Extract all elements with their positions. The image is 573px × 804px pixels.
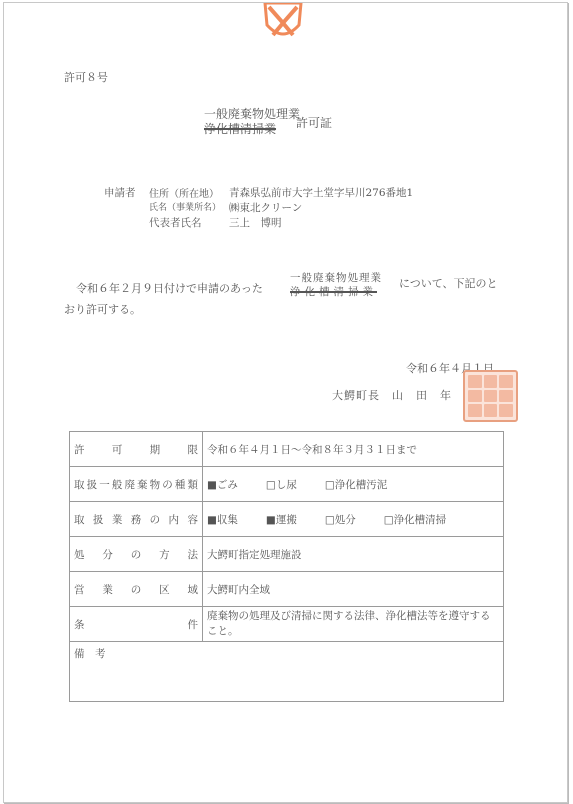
body-line-general-waste: 一般廃棄物処理業 [290, 271, 382, 285]
business-area-label: 営業の区域 [70, 572, 203, 607]
address-value: 青森県弘前市大字土堂字早川276番地1 [229, 185, 413, 200]
table-row-business-content: 取扱業務の内容 ■収集■運搬□処分□浄化槽清掃 [70, 502, 504, 537]
conditions-value: 廃棄物の処理及び清掃に関する法律、浄化槽法等を遵守すること。 [203, 607, 504, 642]
checkbox-septic-sludge: □浄化槽汚泥 [325, 479, 387, 491]
permit-period-value: 令和６年４月１日～令和８年３月３１日まで [203, 432, 504, 467]
representative-label: 代表者氏名 [149, 215, 202, 230]
waste-types-label: 取扱一般廃棄物の種類 [70, 467, 203, 502]
issuer-name: 大鰐町長 山 田 年 伸 [332, 387, 476, 403]
table-row-conditions: 条件 廃棄物の処理及び清掃に関する法律、浄化槽法等を遵守すること。 [70, 607, 504, 642]
business-content-value: ■収集■運搬□処分□浄化槽清掃 [203, 502, 504, 537]
table-row-permit-period: 許可期限 令和６年４月１日～令和８年３月３１日まで [70, 432, 504, 467]
disposal-method-label: 処分の方法 [70, 537, 203, 572]
body-line-septic-struck: 浄化槽清掃業 [290, 285, 382, 299]
company-name-value: ㈱東北クリーン [229, 200, 302, 215]
title-suffix: 許可証 [296, 114, 332, 131]
checkbox-collection: ■収集 [207, 514, 238, 526]
title-line-septic-struck: 浄化槽清掃業 [204, 122, 300, 137]
permit-number: 許可８号 [64, 69, 108, 85]
checkbox-disposal: □処分 [325, 514, 356, 526]
town-emblem-icon [259, 3, 307, 41]
body-lead-text: 令和６年２月９日付けで申請のあった [76, 280, 263, 296]
disposal-method-value: 大鰐町指定処理施設 [203, 537, 504, 572]
remarks-label: 備 考 [74, 648, 106, 660]
address-label: 住所（所在地） [149, 185, 219, 200]
permit-period-label: 許可期限 [70, 432, 203, 467]
title-business-types: 一般廃棄物処理業 浄化槽清掃業 [204, 107, 300, 137]
waste-types-value: ■ごみ□し尿□浄化槽汚泥 [203, 467, 504, 502]
table-row-business-area: 営業の区域 大鰐町内全域 [70, 572, 504, 607]
checkbox-garbage: ■ごみ [207, 479, 238, 491]
official-seal-icon [463, 370, 518, 422]
permit-details-table: 許可期限 令和６年４月１日～令和８年３月３１日まで 取扱一般廃棄物の種類 ■ごみ… [69, 431, 504, 702]
checkbox-transport: ■運搬 [266, 514, 297, 526]
body-line-2: おり許可する。 [64, 301, 141, 317]
body-trail-text: について、下記のと [399, 275, 498, 291]
title-line-general-waste: 一般廃棄物処理業 [204, 107, 300, 122]
representative-value: 三上 博明 [229, 215, 282, 230]
permit-document-page: 許可８号 一般廃棄物処理業 浄化槽清掃業 許可証 申請者 住所（所在地） 青森県… [3, 2, 568, 803]
table-row-disposal-method: 処分の方法 大鰐町指定処理施設 [70, 537, 504, 572]
business-area-value: 大鰐町内全域 [203, 572, 504, 607]
body-business-types: 一般廃棄物処理業 浄化槽清掃業 [290, 271, 382, 299]
remarks-cell: 備 考 [70, 642, 504, 702]
conditions-label: 条件 [70, 607, 203, 642]
business-content-label: 取扱業務の内容 [70, 502, 203, 537]
company-name-label: 氏名（事業所名） [149, 200, 221, 213]
table-row-remarks: 備 考 [70, 642, 504, 702]
checkbox-night-soil: □し尿 [266, 479, 297, 491]
checkbox-septic-cleaning: □浄化槽清掃 [384, 514, 446, 526]
table-row-waste-types: 取扱一般廃棄物の種類 ■ごみ□し尿□浄化槽汚泥 [70, 467, 504, 502]
applicant-role-label: 申請者 [104, 185, 136, 200]
